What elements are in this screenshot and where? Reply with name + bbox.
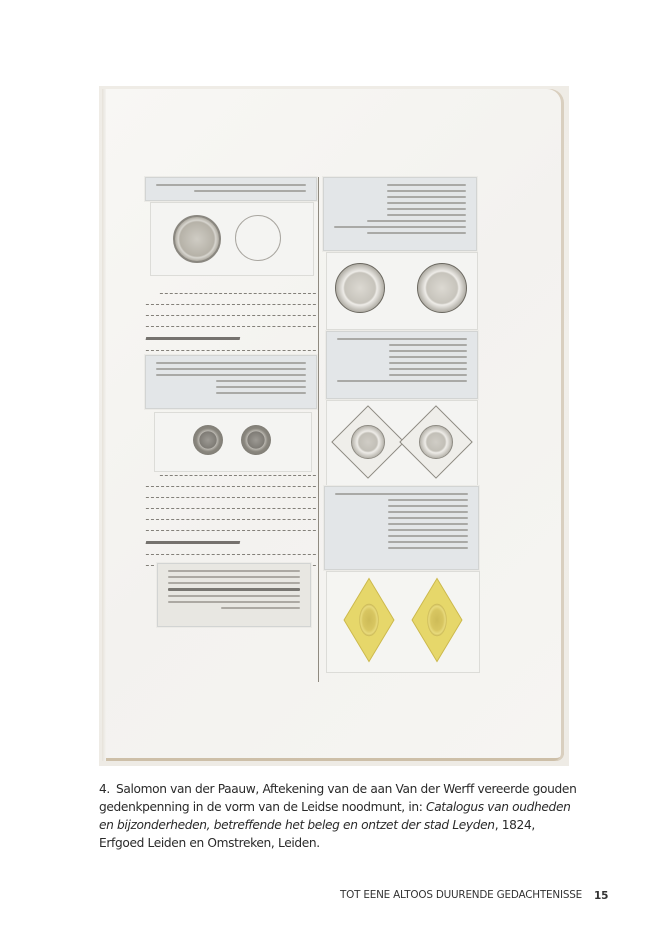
running-title: TOT EENE ALTOOS DUURENDE GEDACHTENISSE xyxy=(340,889,582,901)
gold-diamond-coin-obverse xyxy=(344,578,395,663)
coin-plate-small-coins xyxy=(154,412,312,472)
small-coin-obverse xyxy=(193,425,223,455)
album-page xyxy=(102,89,564,761)
handwritten-note xyxy=(146,292,316,360)
page-footer: TOT EENE ALTOOS DUURENDE GEDACHTENISSE 1… xyxy=(340,889,620,905)
coin-plate-diamond-coins xyxy=(326,400,478,486)
small-coin-reverse xyxy=(241,425,271,455)
catalogue-clipping xyxy=(145,177,317,201)
empty-reverse-circle xyxy=(235,215,281,261)
portrait-medal-obverse xyxy=(173,215,221,263)
seal-reverse xyxy=(417,263,467,313)
diamond-coin-obverse xyxy=(331,405,405,479)
figure-number: 4. xyxy=(99,782,110,796)
column-divider xyxy=(318,177,319,682)
catalogue-clipping xyxy=(145,355,317,409)
handwritten-note-gebenct-den-armen xyxy=(146,474,316,575)
figure-caption: 4.Salomon van der Paauw, Aftekening van … xyxy=(99,780,579,852)
figure-photograph xyxy=(99,86,569,766)
coin-plate-gold-diamond-coins xyxy=(326,571,480,673)
diamond-coin-reverse xyxy=(399,405,473,479)
seal-obverse xyxy=(335,263,385,313)
coin-plate-round-seals xyxy=(326,252,478,330)
catalogue-clipping xyxy=(323,177,477,251)
catalogue-clipping xyxy=(157,563,311,627)
page-spine xyxy=(102,89,106,761)
catalogue-clipping xyxy=(324,486,479,570)
catalogue-clipping xyxy=(326,331,478,399)
page-number: 15 xyxy=(594,890,608,902)
coin-plate-portrait-medal xyxy=(150,202,314,276)
gold-diamond-coin-reverse xyxy=(412,578,463,663)
